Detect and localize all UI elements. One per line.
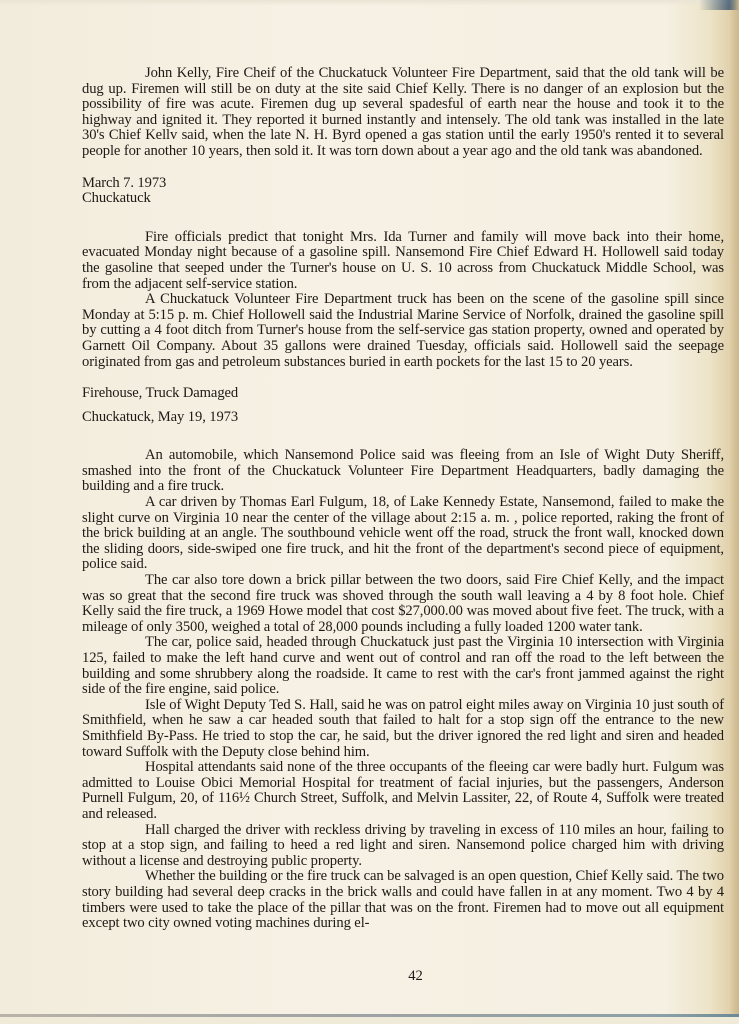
article-dateline: Chuckatuck, May 19, 1973 bbox=[82, 410, 724, 426]
paragraph: Hall charged the driver with reckless dr… bbox=[82, 823, 724, 870]
paragraph: The car, police said, headed through Chu… bbox=[82, 635, 724, 697]
paragraph: An automobile, which Nansemond Police sa… bbox=[82, 448, 724, 495]
section-date: March 7. 1973 bbox=[82, 176, 724, 192]
paragraph: Isle of Wight Deputy Ted S. Hall, said h… bbox=[82, 698, 724, 760]
section-place: Chuckatuck bbox=[82, 191, 724, 207]
paragraph: Fire officials predict that tonight Mrs.… bbox=[82, 230, 724, 292]
page-top-edge bbox=[0, 0, 739, 6]
spacer bbox=[82, 370, 724, 386]
page-bottom-margin bbox=[0, 1017, 739, 1024]
article-headline: Firehouse, Truck Damaged bbox=[82, 386, 724, 402]
paragraph: Whether the building or the fire truck c… bbox=[82, 869, 724, 931]
spacer bbox=[82, 425, 724, 448]
paragraph: The car also tore down a brick pillar be… bbox=[82, 573, 724, 635]
paragraph: John Kelly, Fire Cheif of the Chuckatuck… bbox=[82, 66, 724, 160]
page-number: 42 bbox=[0, 968, 739, 985]
paragraph: Hospital attendants said none of the thr… bbox=[82, 760, 724, 822]
page-content: John Kelly, Fire Cheif of the Chuckatuck… bbox=[82, 66, 724, 932]
spacer bbox=[82, 207, 724, 230]
scanned-page: John Kelly, Fire Cheif of the Chuckatuck… bbox=[0, 0, 739, 1024]
paragraph: A car driven by Thomas Earl Fulgum, 18, … bbox=[82, 495, 724, 573]
paragraph: A Chuckatuck Volunteer Fire Department t… bbox=[82, 292, 724, 370]
page-right-edge bbox=[729, 0, 739, 1024]
spacer bbox=[82, 160, 724, 176]
